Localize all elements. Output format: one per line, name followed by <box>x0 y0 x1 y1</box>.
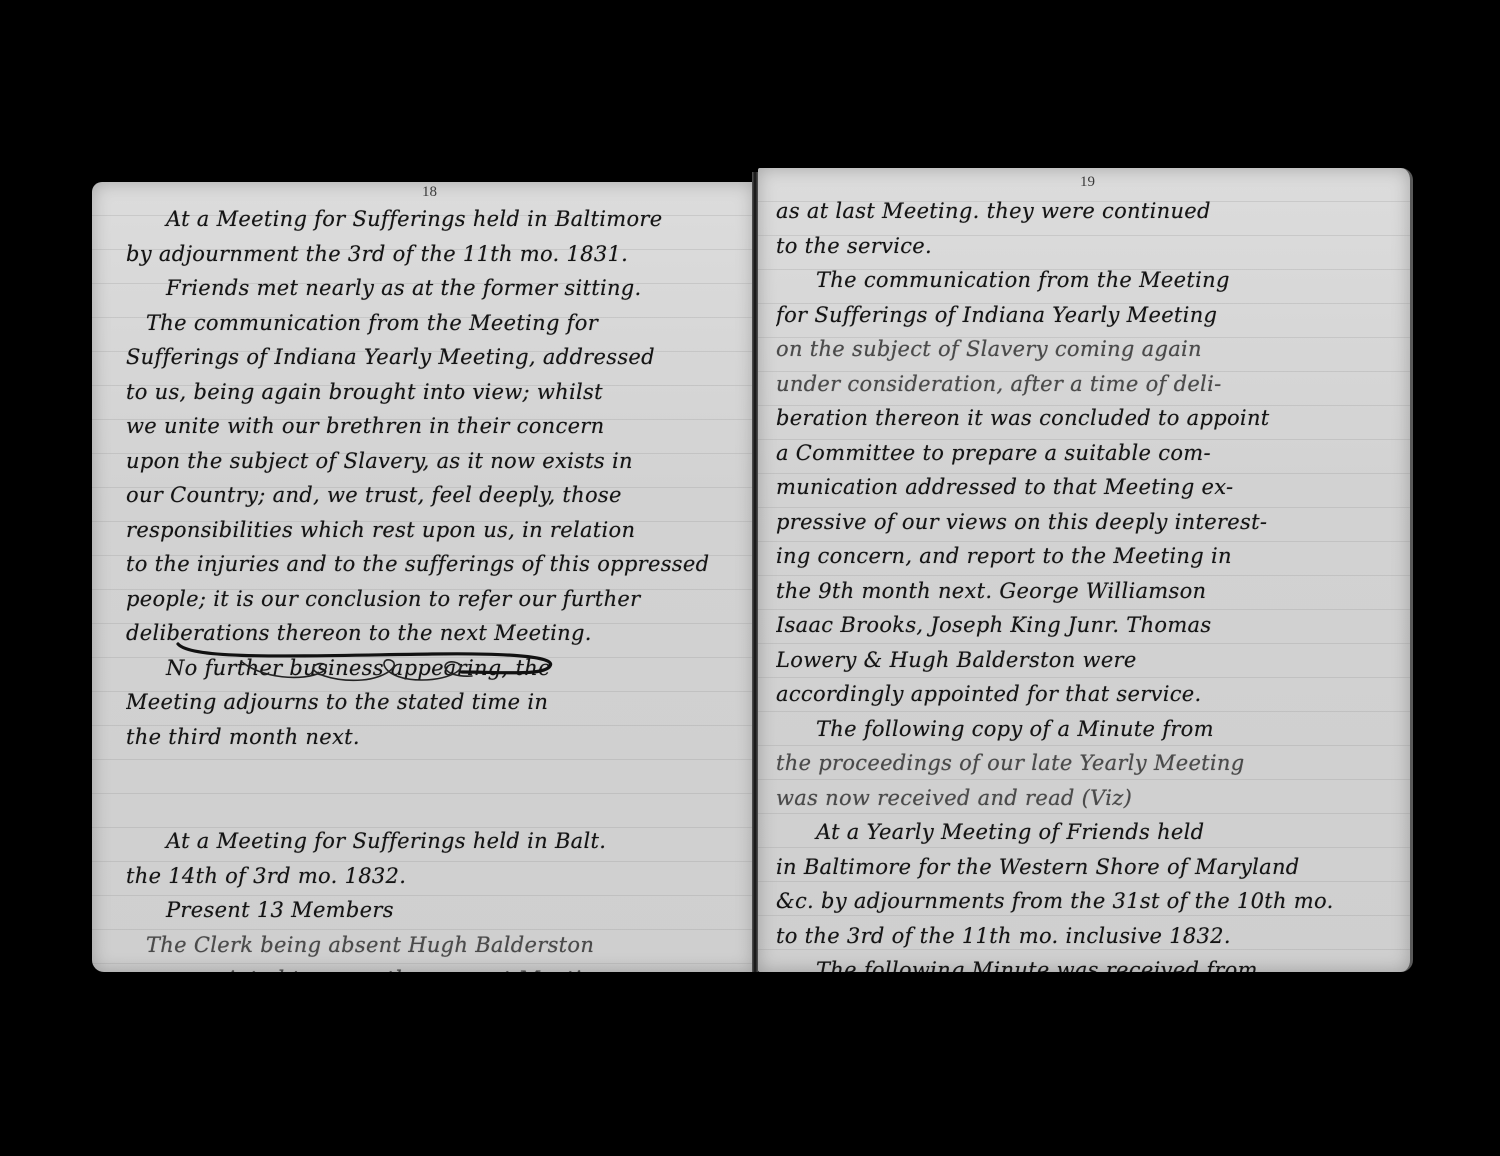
text-line: ing concern, and report to the Meeting i… <box>776 539 1410 574</box>
flourish-gap <box>126 754 754 824</box>
text-line: the proceedings of our late Yearly Meeti… <box>776 746 1410 781</box>
text-line: a Committee to prepare a suitable com- <box>776 436 1410 471</box>
text-line: The communication from the Meeting for <box>126 306 754 341</box>
text-line: our Country; and, we trust, feel deeply,… <box>126 478 754 513</box>
text-line: as at last Meeting. they were continued <box>776 194 1410 229</box>
text-line: munication addressed to that Meeting ex- <box>776 470 1410 505</box>
text-line: The following Minute was received from <box>776 953 1410 972</box>
text-line: we unite with our brethren in their conc… <box>126 409 754 444</box>
text-line: The following copy of a Minute from <box>776 712 1410 747</box>
left-page: 18 At a Meeting for Sufferings held in B… <box>92 182 754 972</box>
text-line: &c. by adjournments from the 31st of the… <box>776 884 1410 919</box>
text-line: to the injuries and to the sufferings of… <box>126 547 754 582</box>
text-line: on the subject of Slavery coming again <box>776 332 1410 367</box>
text-line: to us, being again brought into view; wh… <box>126 375 754 410</box>
text-line: was appointed to serve the present Meeti… <box>126 962 754 972</box>
text-line: Isaac Brooks, Joseph King Junr. Thomas <box>776 608 1410 643</box>
text-line: people; it is our conclusion to refer ou… <box>126 582 754 617</box>
text-line: in Baltimore for the Western Shore of Ma… <box>776 850 1410 885</box>
text-line: At a Yearly Meeting of Friends held <box>776 815 1410 850</box>
text-line: was now received and read (Viz) <box>776 781 1410 816</box>
right-page-text: as at last Meeting. they were continued … <box>758 194 1410 972</box>
text-line: the 9th month next. George Williamson <box>776 574 1410 609</box>
text-line: to the 3rd of the 11th mo. inclusive 183… <box>776 919 1410 954</box>
text-line: At a Meeting for Sufferings held in Balt… <box>126 824 754 859</box>
text-line: Present 13 Members <box>126 893 754 928</box>
text-line: At a Meeting for Sufferings held in Balt… <box>126 202 754 237</box>
text-line: upon the subject of Slavery, as it now e… <box>126 444 754 479</box>
text-line: The Clerk being absent Hugh Balderston <box>126 928 754 963</box>
text-line: Lowery & Hugh Balderston were <box>776 643 1410 678</box>
text-line: under consideration, after a time of del… <box>776 367 1410 402</box>
text-line: accordingly appointed for that service. <box>776 677 1410 712</box>
text-line: to the service. <box>776 229 1410 264</box>
page-number-right: 19 <box>1080 174 1095 191</box>
text-line: Sufferings of Indiana Yearly Meeting, ad… <box>126 340 754 375</box>
decorative-flourish-icon <box>172 642 562 692</box>
scan-stage: 18 At a Meeting for Sufferings held in B… <box>0 0 1500 1156</box>
text-line: for Sufferings of Indiana Yearly Meeting <box>776 298 1410 333</box>
text-line: the 14th of 3rd mo. 1832. <box>126 859 754 894</box>
page-number-left: 18 <box>422 184 437 201</box>
text-line: the third month next. <box>126 720 754 755</box>
text-line: responsibilities which rest upon us, in … <box>126 513 754 548</box>
text-line: The communication from the Meeting <box>776 263 1410 298</box>
text-line: by adjournment the 3rd of the 11th mo. 1… <box>126 237 754 272</box>
right-page: 19 as at last Meeting. they were continu… <box>758 168 1413 972</box>
text-line: pressive of our views on this deeply int… <box>776 505 1410 540</box>
text-line: beration thereon it was concluded to app… <box>776 401 1410 436</box>
text-line: Friends met nearly as at the former sitt… <box>126 271 754 306</box>
left-page-text: At a Meeting for Sufferings held in Balt… <box>92 202 754 972</box>
